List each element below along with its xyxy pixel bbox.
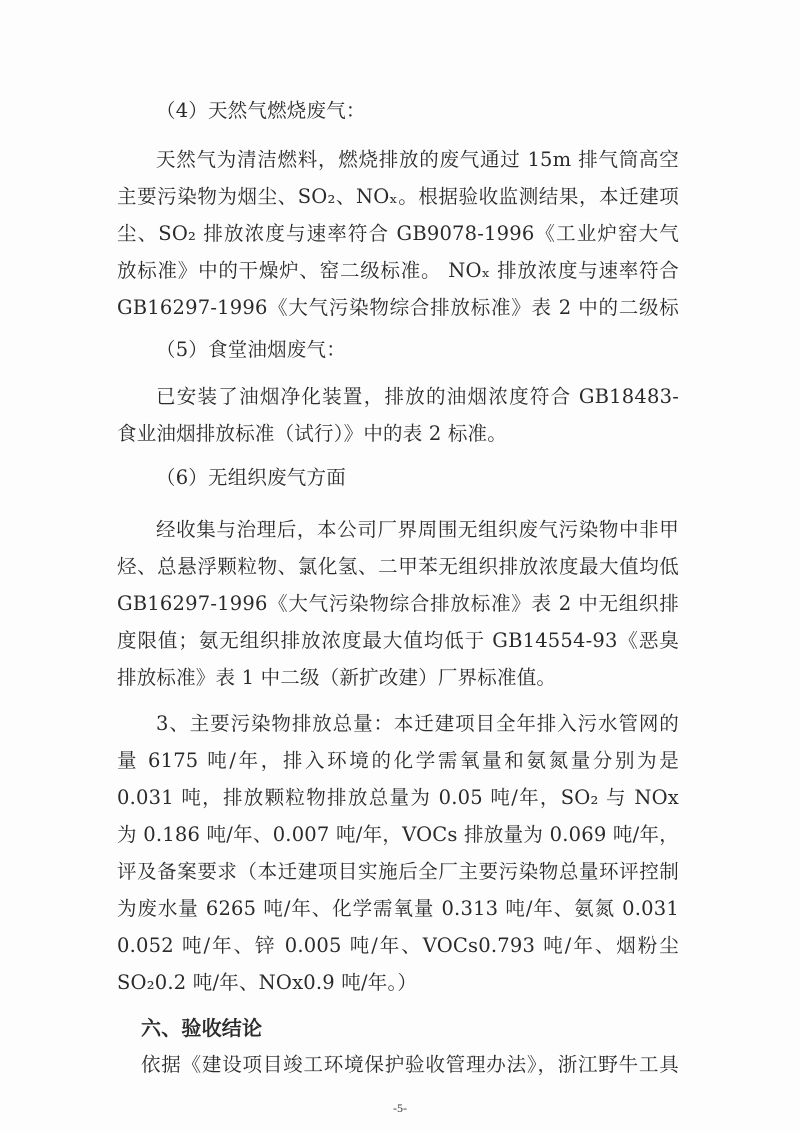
paragraph-line: 放标准》中的干燥炉、窑二级标准。 NOₓ 排放浓度与速率符合 [117, 259, 679, 283]
paragraph-line: 度限值；氨无组织排放浓度最大值均低于 GB14554-93《恶臭污染物 [117, 629, 679, 653]
section-title-acceptance-conclusion: 六、验收结论 [141, 1016, 703, 1040]
paragraph-line: 为废水量 6265 吨/年、化学需氧量 0.313 吨/年、氨氮 0.031 吨… [117, 897, 679, 921]
paragraph-line: 0.052 吨/年、锌 0.005 吨/年、VOCs0.793 吨/年、烟粉尘 … [117, 934, 679, 958]
section-heading-canteen-fumes: （5）食堂油烟废气： [156, 338, 718, 362]
paragraph-line: 0.031 吨，排放颗粒物排放总量为 0.05 吨/年，SO₂ 与 NOx 排放… [117, 786, 679, 810]
paragraph-line: 食业油烟排放标准（试行）》中的表 2 标准。 [117, 422, 679, 446]
paragraph-line: 量 6175 吨/年，排入环境的化学需氧量和氨氮量分别为是 0.309 吨和 [117, 749, 679, 773]
section-heading-natural-gas: （4）天然气燃烧废气： [156, 99, 718, 123]
paragraph-line: 经收集与治理后，本公司厂界周围无组织废气污染物中非甲烷总 [156, 518, 679, 542]
paragraph-line: SO₂0.2 吨/年、NOx0.9 吨/年。） [117, 971, 679, 995]
paragraph-line: 天然气为清洁燃料，燃烧排放的废气通过 15m 排气筒高空排放， [156, 148, 679, 172]
section-heading-fugitive-emissions: （6）无组织废气方面 [156, 466, 718, 490]
page-number: -5- [0, 1101, 800, 1116]
paragraph-line: 尘、SO₂ 排放浓度与速率符合 GB9078-1996《工业炉窑大气污染物排 [117, 222, 679, 246]
paragraph-line: 烃、总悬浮颗粒物、氯化氢、二甲苯无组织排放浓度最大值均低于 [117, 555, 679, 579]
document-page: （4）天然气燃烧废气： 天然气为清洁燃料，燃烧排放的废气通过 15m 排气筒高空… [0, 0, 800, 1131]
paragraph-line: GB16297-1996《大气污染物综合排放标准》表 2 中无组织排放监控浓 [117, 592, 679, 616]
paragraph-line: 3、主要污染物排放总量：本迁建项目全年排入污水管网的废水 [156, 712, 679, 736]
paragraph-line: 依据《建设项目竣工环境保护验收管理办法》，浙江野牛工具有 [141, 1053, 679, 1077]
paragraph-line: 评及备案要求（本迁建项目实施后全厂主要污染物总量环评控制指标 [117, 860, 679, 884]
paragraph-line: 为 0.186 吨/年、0.007 吨/年，VOCs 排放量为 0.069 吨/… [117, 823, 679, 847]
paragraph-line: 主要污染物为烟尘、SO₂、NOₓ。根据验收监测结果，本迁建项目的烟 [117, 185, 679, 209]
paragraph-line: 排放标准》表 1 中二级（新扩改建）厂界标准值。 [117, 666, 679, 690]
paragraph-line: 已安装了油烟净化装置，排放的油烟浓度符合 GB18483-2001《饮 [156, 385, 679, 409]
paragraph-line: GB16297-1996《大气污染物综合排放标准》表 2 中的二级标准。 [117, 296, 679, 320]
